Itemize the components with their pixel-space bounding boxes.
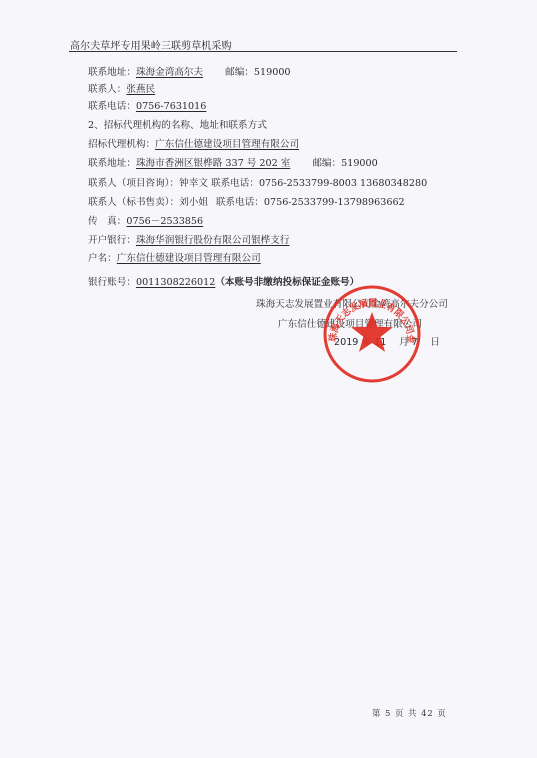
document-page: 高尔夫草坪专用果岭三联剪草机采购 联系地址：珠海金湾高尔夫邮编：519000 联… xyxy=(0,0,537,758)
agency-name-value: 广东信仕德建设项目管理有限公司 xyxy=(155,139,299,150)
agency-consult-phone: 联系电话：0756-2533799-8003 13680348280 xyxy=(211,178,427,189)
agency-postcode-value: 519000 xyxy=(341,158,378,169)
agency-address-label: 联系地址： xyxy=(88,158,136,169)
agency-consult-contact: 联系人（项目咨询）：钟幸文 xyxy=(88,178,208,189)
agency-section-heading: 2、招标代理机构的名称、地址和联系方式 xyxy=(88,120,267,132)
agency-sales-phone: 联系电话：0756-2533799-13798963662 xyxy=(216,197,405,208)
agency-bank-line: 开户银行：珠海华润银行股份有限公司银桦支行 xyxy=(88,235,289,247)
purchaser-contact-label: 联系人： xyxy=(88,84,126,95)
agency-account-name-value: 广东信仕德建设项目管理有限公司 xyxy=(117,253,261,264)
purchaser-phone-value: 0756-7631016 xyxy=(136,101,206,112)
agency-account-number-line: 银行账号：0011308226012（本账号非缴纳投标保证金账号） xyxy=(88,277,359,289)
purchaser-phone-label: 联系电话： xyxy=(88,101,136,112)
agency-account-name-label: 户名： xyxy=(88,253,117,264)
agency-account-name-line: 户名：广东信仕德建设项目管理有限公司 xyxy=(88,253,261,265)
agency-bank-label: 开户银行： xyxy=(88,235,136,246)
purchaser-contact-line: 联系人：张燕民 xyxy=(88,84,155,96)
purchaser-postcode-label: 邮编： xyxy=(225,67,254,78)
agency-account-note: （本账号非缴纳投标保证金账号） xyxy=(215,277,359,288)
signature-org-purchaser: 珠海天志发展置业有限公司金湾高尔夫分公司 xyxy=(256,296,448,310)
agency-fax-label: 传 真： xyxy=(88,216,126,227)
agency-name-label: 招标代理机构： xyxy=(88,139,155,150)
agency-consult-line: 联系人（项目咨询）：钟幸文 联系电话：0756-2533799-8003 136… xyxy=(88,178,427,190)
page-number-footer: 第 5 页 共 42 页 xyxy=(372,707,447,719)
agency-name-line: 招标代理机构：广东信仕德建设项目管理有限公司 xyxy=(88,139,299,151)
agency-fax-value: 0756－2533856 xyxy=(126,216,203,227)
agency-account-number-label: 银行账号： xyxy=(88,277,136,288)
agency-account-number-value: 0011308226012 xyxy=(136,277,215,288)
header-divider xyxy=(69,51,457,52)
agency-address-line: 联系地址：珠海市香洲区银桦路 337 号 202 室邮编：519000 xyxy=(88,158,378,170)
agency-sales-contact: 联系人（标书售卖）：刘小姐 xyxy=(88,197,208,208)
agency-sales-line: 联系人（标书售卖）：刘小姐联系电话：0756-2533799-137989636… xyxy=(88,197,405,209)
purchaser-address-label: 联系地址： xyxy=(88,67,136,78)
purchaser-postcode-value: 519000 xyxy=(254,67,291,78)
agency-fax-line: 传 真：0756－2533856 xyxy=(88,216,203,228)
purchaser-contact-value: 张燕民 xyxy=(126,84,155,95)
purchaser-address-value: 珠海金湾高尔夫 xyxy=(136,67,203,78)
purchaser-address-line: 联系地址：珠海金湾高尔夫邮编：519000 xyxy=(88,67,291,79)
running-header-title: 高尔夫草坪专用果岭三联剪草机采购 xyxy=(70,37,232,52)
agency-address-value: 珠海市香洲区银桦路 337 号 202 室 xyxy=(136,158,290,169)
agency-bank-value: 珠海华润银行股份有限公司银桦支行 xyxy=(136,235,290,246)
signature-date: 2019 年 11 月 7 日 xyxy=(334,334,440,348)
purchaser-phone-line: 联系电话：0756-7631016 xyxy=(88,101,206,113)
agency-postcode-label: 邮编： xyxy=(312,158,341,169)
signature-org-agency: 广东信仕德建设项目管理有限公司 xyxy=(278,316,422,330)
